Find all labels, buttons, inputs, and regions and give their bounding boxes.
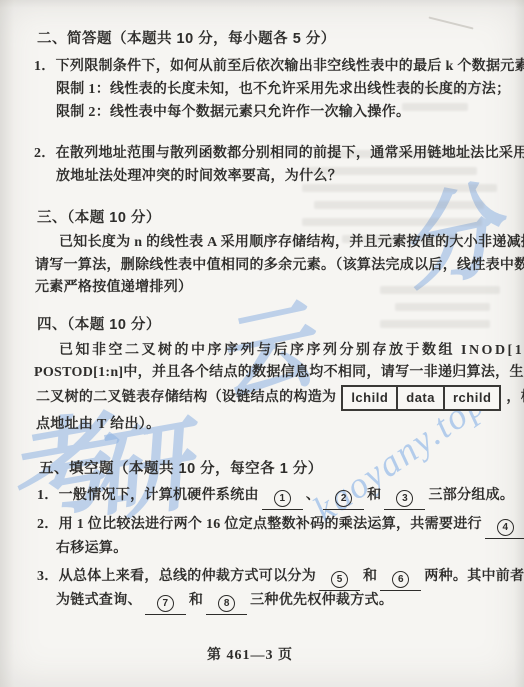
section5-q1-post: 三部分组成。	[428, 488, 514, 503]
blank-7: 7	[145, 595, 186, 615]
scan-crease-artifact	[428, 16, 473, 29]
section5-q3-sep2: 和	[189, 593, 203, 608]
blank-5: 5	[319, 571, 360, 591]
circled-number-5: 5	[331, 571, 348, 588]
section5-q3-line2-pre: 为链式查询、	[56, 593, 142, 608]
section4-line3-pre: 二叉树的二叉链表存储结构（设链结点的构造为	[36, 389, 336, 407]
section5-q2-line2: 右移运算。	[56, 540, 128, 558]
section4-line3-post: ，根结	[506, 389, 524, 407]
circled-number-2: 2	[335, 490, 352, 507]
section5-q3-line2: 为链式查询、7和8三种优先权仲裁方式。	[56, 592, 393, 615]
circled-number-4: 4	[497, 519, 514, 536]
blank-1: 1	[262, 490, 303, 510]
section5-q3-mid: 两种。其中前者又分	[424, 569, 524, 584]
section2-q1-line1: 1．下列限制条件下，如何从前至后依次输出非空线性表中的最后 k 个数据元素？	[34, 58, 524, 76]
blank-2: 2	[323, 490, 364, 510]
section4-line1: 已知非空二叉树的中序序列与后序序列分别存放于数组 INOD[1:n] 与	[59, 342, 524, 360]
section4-line3: 二叉树的二叉链表存储结构（设链结点的构造为 lchild data rchild…	[36, 385, 524, 411]
exam-paper-page: 考 研 云 分 kaoyany.top 二、简答题（本题共 10 分，每小题各 …	[0, 0, 524, 687]
node-cell-lchild: lchild	[343, 387, 396, 409]
section4-heading: 四、（本题 10 分）	[37, 316, 161, 334]
section2-heading: 二、简答题（本题共 10 分，每小题各 5 分）	[37, 30, 336, 48]
bleedthrough-artifact	[380, 286, 520, 337]
section5-q3: 3．从总体上来看，总线的仲裁方式可以分为5和6两种。其中前者又分	[37, 568, 524, 591]
page-number: 第 461—3 页	[0, 644, 500, 664]
circled-number-3: 3	[396, 490, 413, 507]
section2-q1-constraint1: 限制 1：线性表的长度未知，也不允许采用先求出线性表的长度的方法；	[56, 81, 510, 99]
section5-q2: 2．用 1 位比较法进行两个 16 位定点整数补码的乘法运算，共需要进行4次	[37, 516, 524, 539]
section3-line3: 元素严格按值递增排列）	[35, 279, 192, 297]
node-structure-diagram: lchild data rchild	[341, 385, 501, 411]
node-cell-data: data	[396, 387, 443, 409]
circled-number-8: 8	[218, 595, 235, 612]
section5-q1-sep1: 、	[306, 488, 320, 503]
blank-6: 6	[380, 571, 421, 591]
circled-number-7: 7	[157, 595, 174, 612]
section5-heading: 五、填空题（本题共 10 分，每空各 1 分）	[39, 460, 323, 478]
section5-q1: 1．一般情况下，计算机硬件系统由1、2和3三部分组成。	[37, 487, 514, 510]
section3-line2: 请写一算法，删除线性表中值相同的多余元素。（该算法完成以后，线性表中数据	[35, 257, 524, 275]
blank-4: 4	[485, 519, 524, 539]
blank-3: 3	[384, 490, 425, 510]
section2-q2-line1: 2．在散列地址范围与散列函数都分别相同的前提下，通常采用链地址法比采用开	[34, 145, 524, 163]
section5-q3-post: 三种优先权仲裁方式。	[250, 593, 393, 608]
section3-line1: 已知长度为 n 的线性表 A 采用顺序存储结构，并且元素按值的大小非递减排列，	[59, 234, 524, 252]
circled-number-1: 1	[274, 490, 291, 507]
node-cell-rchild: rchild	[443, 387, 499, 409]
section5-q3-pre: 3．从总体上来看，总线的仲裁方式可以分为	[37, 569, 316, 584]
blank-8: 8	[206, 595, 247, 615]
watermark-char-fen: 分	[384, 149, 512, 311]
section5-q1-sep2: 和	[367, 488, 381, 503]
section5-q1-pre: 1．一般情况下，计算机硬件系统由	[37, 488, 259, 503]
section4-line4: 点地址由 T 给出）。	[36, 416, 160, 434]
section2-q2-line2: 放地址法处理冲突的时间效率要高，为什么？	[56, 168, 342, 186]
section3-heading: 三、（本题 10 分）	[37, 209, 161, 227]
section4-line2: POSTOD[1:n]中，并且各个结点的数据信息均不相同，请写一非递归算法，生成…	[34, 364, 524, 382]
circled-number-6: 6	[392, 571, 409, 588]
section5-q3-sep1: 和	[363, 569, 377, 584]
section5-q2-pre: 2．用 1 位比较法进行两个 16 位定点整数补码的乘法运算，共需要进行	[37, 517, 482, 532]
section2-q1-constraint2: 限制 2：线性表中每个数据元素只允许作一次输入操作。	[56, 104, 410, 122]
